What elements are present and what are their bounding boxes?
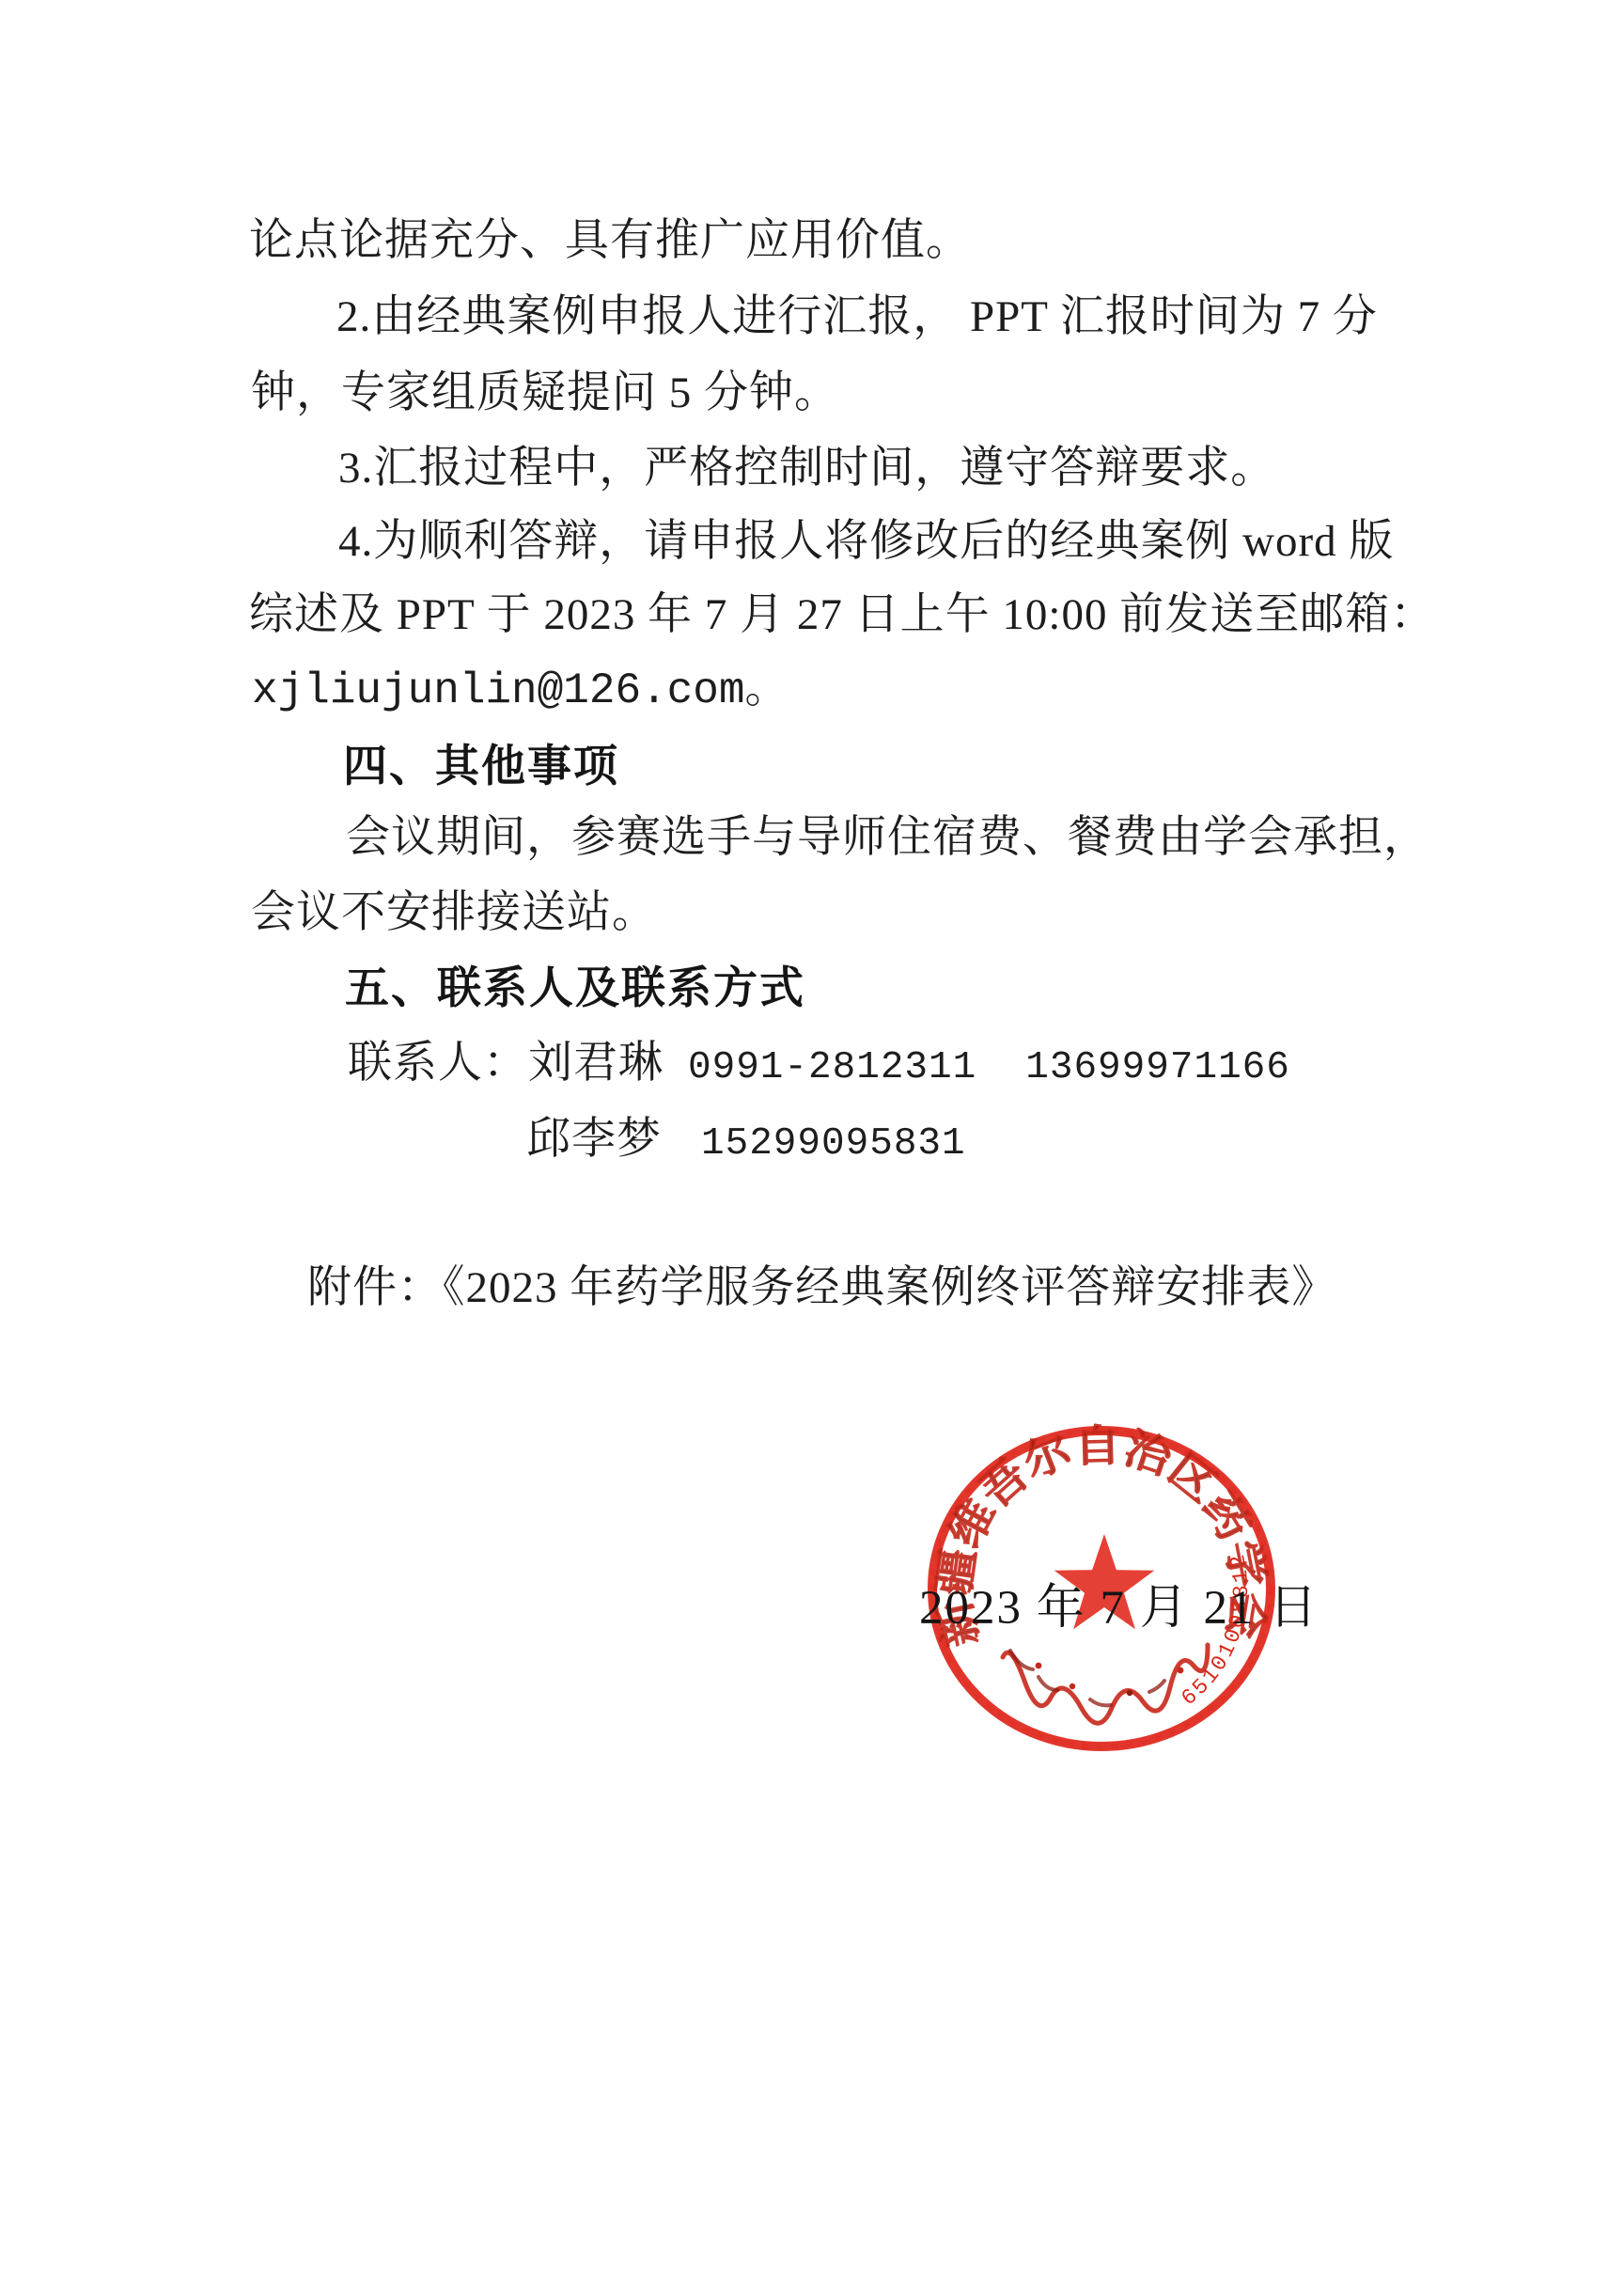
contact-phone-2: 13699971166: [1025, 1046, 1290, 1089]
contact-phone-3: 15299095831: [701, 1122, 966, 1166]
text-line: 会议不安排接送站。: [251, 887, 657, 939]
text-line: 2.由经典案例申报人进行汇报， PPT 汇报时间为 7 分: [336, 291, 1378, 343]
section-heading-5: 五、联系人及联系方式: [345, 962, 805, 1013]
seal-uyghur-script: [1003, 1645, 1208, 1723]
seal-script-dot: [1178, 1668, 1184, 1674]
section-heading-4: 四、其他事项: [343, 740, 619, 791]
seal-script-dot: [1036, 1663, 1042, 1669]
text-line: 钟，专家组质疑提问 5 分钟。: [251, 368, 839, 419]
document-page: 论点论据充分、具有推广应用价值。 2.由经典案例申报人进行汇报， PPT 汇报时…: [0, 0, 1624, 2286]
seal-script-dot: [1127, 1690, 1132, 1696]
text-line: 综述及 PPT 于 2023 年 7 月 27 日上午 10:00 前发送至邮箱…: [249, 589, 1435, 641]
seal-script-dot: [1070, 1683, 1075, 1689]
contact-phone-1: 0991-2812311: [688, 1046, 976, 1089]
contact-line-2: 邱李梦15299095831: [526, 1114, 966, 1166]
contact-name-2: 邱李梦: [526, 1115, 662, 1164]
text-line: 会议期间，参赛选手与导师住宿费、餐费由学会承担，: [346, 812, 1429, 864]
seal-uyghur-stroke-main: [1003, 1645, 1208, 1723]
email-text: xjliujunlin@126.com。: [252, 665, 789, 716]
seal-date: 2023 年 7 月 21 日: [919, 1568, 1319, 1637]
attachment-line: 附件：《2023 年药学服务经典案例终评答辩安排表》: [307, 1262, 1336, 1314]
text-line: 论点论据充分、具有推广应用价值。: [249, 215, 971, 267]
text-line: 3.汇报过程中，严格控制时间，遵守答辩要求。: [338, 443, 1275, 494]
contact-name-1: 联系人：刘君琳: [348, 1039, 664, 1088]
contact-line-1: 联系人：刘君琳0991-281231113699971166: [348, 1038, 1290, 1090]
text-line: 4.为顺利答辩，请申报人将修改后的经典案例 word 版: [338, 516, 1394, 568]
